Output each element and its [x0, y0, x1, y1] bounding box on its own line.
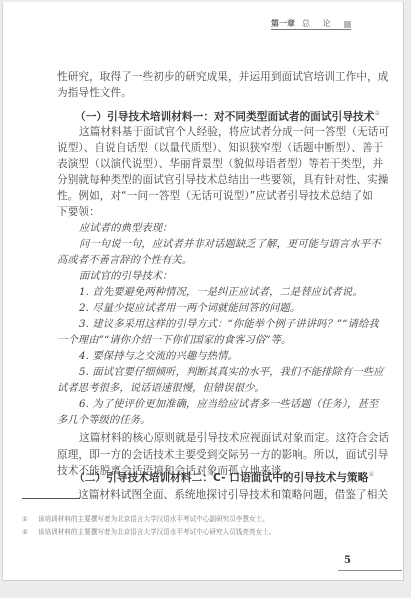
body-line: 表演型（以演代说型）、华丽背景型（貌似母语者型）等若干类型，并	[57, 157, 383, 171]
quote-line: 6. 为了使评价更加准确，应当给应试者多一些话题（任务），甚至	[79, 397, 378, 411]
quote-line: 多几个等级的任务。	[57, 413, 151, 427]
section-heading-text: （二）引导技术培训材料二：C- 口语面试中的引导技术与策略	[74, 472, 368, 484]
quote-line: 1. 首先要避免两种情况，一是纠正应试者，二是替应试者说。	[79, 285, 363, 299]
page-number-rule	[338, 570, 402, 571]
body-line: 原理，即一方的会话技术主要受到交际另一方的影响。所以，面试引导	[57, 448, 389, 462]
footnote-mark: ①	[22, 515, 38, 523]
quote-line: 高或者不善言辞的个性有关。	[57, 253, 192, 267]
footnote-text: 该培训材料的主要撰写者为北京语言大学汉语水平考试中心研究人员钱亮亮女士。	[38, 528, 275, 536]
footnote-2: ②该培训材料的主要撰写者为北京语言大学汉语水平考试中心研究人员钱亮亮女士。	[22, 526, 275, 536]
footnote-text: 该培训材料的主要撰写者为北京语言大学汉语水平考试中心副研究员李慧女士。	[38, 515, 269, 523]
footnote-mark: ②	[22, 528, 38, 536]
running-head: 第一章 总 论	[271, 17, 351, 30]
quote-line: 4. 要保持与之交流的兴趣与热情。	[79, 349, 238, 363]
section-heading-2: （二）引导技术培训材料二：C- 口语面试中的引导技术与策略②	[74, 468, 374, 485]
quote-line: 2. 尽量少提应试者用一两个词就能回答的问题。	[79, 301, 300, 315]
page-number: 5	[344, 555, 351, 566]
footnote-ref: ②	[368, 471, 373, 478]
section-heading-1: （一）引导技术培训材料一：对不同类型面试者的面试引导技术①	[75, 107, 380, 124]
body-line: 这篇材料基于面试官个人经验，将应试者分成一问一答型（无话可	[79, 125, 389, 139]
footnote-ref: ①	[374, 110, 379, 117]
body-line: 下要领：	[57, 205, 100, 219]
footnote-divider	[22, 498, 80, 499]
body-line: 为指导性文件。	[57, 86, 132, 100]
footnote-1: ①该培训材料的主要撰写者为北京语言大学汉语水平考试中心副研究员李慧女士。	[22, 513, 269, 523]
quote-line: 试者思考很多，说话语速很慢，但错误很少。	[57, 381, 265, 395]
body-line: 这篇材料的核心原则就是引导技术应视面试对象而定。这符合会话	[79, 431, 389, 445]
section-heading-text: （一）引导技术培训材料一：对不同类型面试者的面试引导技术	[75, 111, 374, 123]
running-head-marker-icon	[344, 21, 351, 28]
running-head-section: 总 论	[302, 18, 336, 29]
body-line: 这篇材料试图全面、系统地探讨引导技术和策略问题，借鉴了相关	[78, 488, 388, 502]
body-line: 分别就每种类型的面试官引导技术总结出一些要领，具有针对性、实操	[57, 173, 389, 187]
quote-line: 应试者的典型表现：	[79, 221, 173, 235]
quote-line: 一个理由”“请你介绍一下你们国家的食客习俗”等。	[57, 333, 291, 347]
quote-line: 问一句说一句，应试者并非对话题缺乏了解，更可能与语言水平不	[79, 237, 381, 251]
running-head-chapter: 第一章	[271, 18, 295, 29]
quote-line: 面试官的引导技术：	[79, 269, 173, 283]
quote-line: 3. 建议多采用这样的引导方式：“你能举个例子讲讲吗？”“请给我	[79, 317, 379, 331]
quote-line: 5. 面试官要仔细倾听，判断其真实的水平，我们不能排除有一些应	[79, 365, 384, 379]
body-line: 说型）、自说自话型（以量代质型）、知识狭窄型（话题中断型）、善于	[57, 141, 383, 155]
body-line: 性研究，取得了一些初步的研究成果，并运用到面试官培训工作中，成	[57, 70, 389, 84]
body-line: 性。例如，对“一问一答型（无话可说型）”应试者引导技术总结了如	[57, 189, 373, 203]
